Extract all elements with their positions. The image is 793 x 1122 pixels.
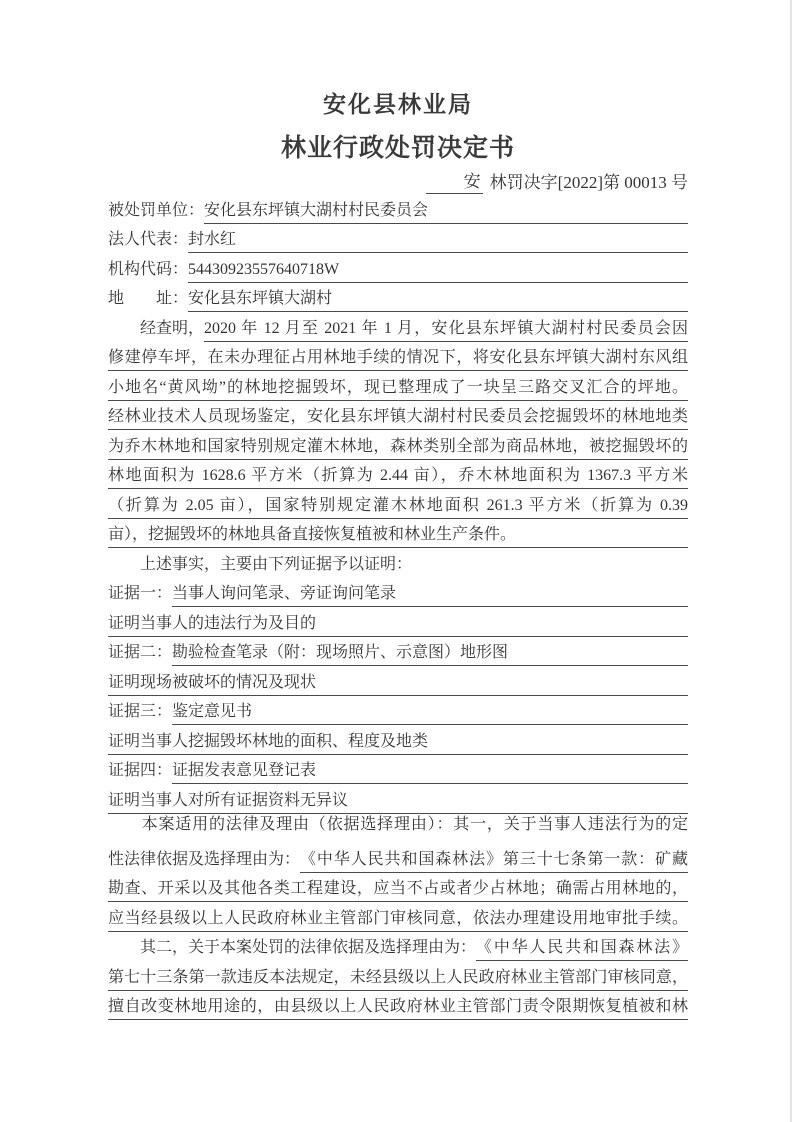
field-label: 地 址： bbox=[108, 288, 188, 312]
body-text-line: 亩），挖掘毁坏的林地具备直接恢复植被和林业生产条件。 bbox=[108, 519, 688, 549]
field-label: 法人代表： bbox=[108, 229, 188, 253]
line-plain-text: 其二，关于本案处罚的法律依据及选择理由为： bbox=[108, 937, 476, 961]
info-field-row: 法人代表：封水红 bbox=[108, 224, 688, 254]
body-text-line: 擅自改变林地用途的，由县级以上人民政府林业主管部门责令限期恢复植被和林 bbox=[108, 991, 688, 1021]
line-underlined-text: 擅自改变林地用途的，由县级以上人民政府林业主管部门责令限期恢复植被和林 bbox=[108, 996, 688, 1020]
body-text-line: 经查明，2020 年 12 月至 2021 年 1 月，安化县东坪镇大湖村村民委… bbox=[108, 312, 688, 342]
line-underlined-text: 鉴定意见书 bbox=[172, 701, 688, 725]
field-value: 安化县东坪镇大湖村村民委员会 bbox=[204, 200, 688, 224]
body-text-line: 第七十三条第一款违反本法规定，未经县级以上人民政府林业主管部门审核同意， bbox=[108, 961, 688, 991]
body-text-line: 勘查、开采以及其他各类工程建设，应当不占或者少占林地；确需占用林地的， bbox=[108, 873, 688, 903]
line-plain-text: 证据一： bbox=[108, 583, 172, 607]
line-underlined-text: 证明当事人对所有证据资料无异议 bbox=[108, 790, 688, 814]
line-underlined-text: 《中华人民共和国森林法》第三十七条第一款：矿藏 bbox=[300, 849, 688, 873]
body-text-line: 证据四：证据发表意见登记表 bbox=[108, 755, 688, 785]
line-underlined-text: 当事人询问笔录、旁证询问笔录 bbox=[172, 583, 688, 607]
field-value: 安化县东坪镇大湖村 bbox=[188, 288, 688, 312]
document-number-text: 林罚决字[2022]第 00013 号 bbox=[490, 168, 688, 194]
line-plain-text: 本案适用的法律及理由（依据选择理由）：其一，关于当事人违法行为的定 bbox=[108, 816, 688, 833]
body-text-line: 证据三：鉴定意见书 bbox=[108, 696, 688, 726]
line-underlined-text: 证明当事人挖掘毁坏林地的面积、程度及地类 bbox=[108, 731, 688, 755]
line-underlined-text: 经林业技术人员现场鉴定，安化县东坪镇大湖村村民委员会挖掘毁坏的林地地类 bbox=[108, 406, 688, 430]
body-text-line: 证明当事人对所有证据资料无异议 bbox=[108, 784, 688, 814]
line-underlined-text: 林地面积为 1628.6 平方米（折算为 2.44 亩），乔木林地面积为 136… bbox=[108, 465, 688, 489]
body-text-line: 性法律依据及选择理由为：《中华人民共和国森林法》第三十七条第一款：矿藏 bbox=[108, 843, 688, 873]
line-underlined-text: 修建停车坪，在未办理征占用林地手续的情况下，将安化县东坪镇大湖村东风组 bbox=[108, 347, 688, 371]
line-underlined-text: 亩），挖掘毁坏的林地具备直接恢复植被和林业生产条件。 bbox=[108, 524, 688, 548]
line-plain-text: 证据四： bbox=[108, 760, 172, 784]
line-underlined-text: 证明当事人的违法行为及目的 bbox=[108, 613, 688, 637]
line-underlined-text: 勘查、开采以及其他各类工程建设，应当不占或者少占林地；确需占用林地的， bbox=[108, 878, 688, 902]
line-underlined-text: 第七十三条第一款违反本法规定，未经县级以上人民政府林业主管部门审核同意， bbox=[108, 967, 688, 991]
line-plain-text: 上述事实，主要由下列证据予以证明： bbox=[108, 554, 412, 578]
line-plain-text: 经查明， bbox=[108, 318, 204, 342]
line-underlined-text: 勘验检查笔录（附：现场照片、示意图）地形图 bbox=[172, 642, 688, 666]
body-text-line: 其二，关于本案处罚的法律依据及选择理由为：《中华人民共和国森林法》 bbox=[108, 932, 688, 962]
line-underlined-text: 应当经县级以上人民政府林业主管部门审核同意，依法办理建设用地审批手续。 bbox=[108, 908, 688, 932]
field-value: 封水红 bbox=[188, 229, 688, 253]
body-text-line: 证明当事人的违法行为及目的 bbox=[108, 607, 688, 637]
body-text-line: 证明当事人挖掘毁坏林地的面积、程度及地类 bbox=[108, 725, 688, 755]
body-text-line: 小地名“黄风坳”的林地挖掘毁坏，现已整理成了一块呈三路交叉汇合的坪地。 bbox=[108, 371, 688, 401]
line-plain-text: 性法律依据及选择理由为： bbox=[108, 849, 300, 873]
body-text-line: （折算为 2.05 亩），国家特别规定灌木林地面积 261.3 平方米（折算为 … bbox=[108, 489, 688, 519]
body-text-line: 本案适用的法律及理由（依据选择理由）：其一，关于当事人违法行为的定 bbox=[108, 814, 688, 844]
body-text-line: 上述事实，主要由下列证据予以证明： bbox=[108, 548, 688, 578]
body-text-line: 修建停车坪，在未办理征占用林地手续的情况下，将安化县东坪镇大湖村东风组 bbox=[108, 342, 688, 372]
body-text-line: 证据二：勘验检查笔录（附：现场照片、示意图）地形图 bbox=[108, 637, 688, 667]
field-label: 机构代码： bbox=[108, 259, 188, 283]
info-field-row: 被处罚单位：安化县东坪镇大湖村村民委员会 bbox=[108, 194, 688, 224]
body-text-line: 经林业技术人员现场鉴定，安化县东坪镇大湖村村民委员会挖掘毁坏的林地地类 bbox=[108, 401, 688, 431]
body-text-line: 林地面积为 1628.6 平方米（折算为 2.44 亩），乔木林地面积为 136… bbox=[108, 460, 688, 490]
info-field-row: 地 址：安化县东坪镇大湖村 bbox=[108, 283, 688, 313]
body-text-line: 为乔木林地和国家特别规定灌木林地，森林类别全部为商品林地，被挖掘毁坏的 bbox=[108, 430, 688, 460]
info-field-row: 机构代码：54430923557640718W bbox=[108, 253, 688, 283]
scan-edge-artifact bbox=[790, 0, 792, 1122]
body-text-line: 应当经县级以上人民政府林业主管部门审核同意，依法办理建设用地审批手续。 bbox=[108, 902, 688, 932]
document-number-prefix: 安 bbox=[426, 167, 483, 194]
line-underlined-text: 小地名“黄风坳”的林地挖掘毁坏，现已整理成了一块呈三路交叉汇合的坪地。 bbox=[108, 377, 688, 401]
line-underlined-text: 2020 年 12 月至 2021 年 1 月，安化县东坪镇大湖村村民委员会因 bbox=[204, 318, 688, 342]
document-content: 安化县林业局 林业行政处罚决定书 安 林罚决字[2022]第 00013 号 被… bbox=[108, 90, 688, 1020]
line-underlined-text: 证据发表意见登记表 bbox=[172, 760, 688, 784]
line-plain-text: 证据二： bbox=[108, 642, 172, 666]
field-label: 被处罚单位： bbox=[108, 200, 204, 224]
info-fields-section: 被处罚单位：安化县东坪镇大湖村村民委员会法人代表：封水红机构代码：5443092… bbox=[108, 194, 688, 312]
line-underlined-text: 证明现场被破坏的情况及现状 bbox=[108, 672, 688, 696]
line-plain-text: 证据三： bbox=[108, 701, 172, 725]
scanned-document-page: 安化县林业局 林业行政处罚决定书 安 林罚决字[2022]第 00013 号 被… bbox=[0, 0, 793, 1122]
body-text-line: 证据一：当事人询问笔录、旁证询问笔录 bbox=[108, 578, 688, 608]
field-value: 54430923557640718W bbox=[188, 259, 688, 283]
body-text-line: 证明现场被破坏的情况及现状 bbox=[108, 666, 688, 696]
agency-name-title: 安化县林业局 bbox=[108, 90, 688, 118]
line-underlined-text: 为乔木林地和国家特别规定灌木林地，森林类别全部为商品林地，被挖掘毁坏的 bbox=[108, 436, 688, 460]
line-underlined-text: 《中华人民共和国森林法》 bbox=[476, 937, 688, 961]
line-underlined-text: （折算为 2.05 亩），国家特别规定灌木林地面积 261.3 平方米（折算为 … bbox=[108, 495, 688, 519]
document-title: 林业行政处罚决定书 bbox=[108, 132, 688, 164]
body-lines-section: 经查明，2020 年 12 月至 2021 年 1 月，安化县东坪镇大湖村村民委… bbox=[108, 312, 688, 1020]
document-number-row: 安 林罚决字[2022]第 00013 号 bbox=[108, 170, 688, 194]
